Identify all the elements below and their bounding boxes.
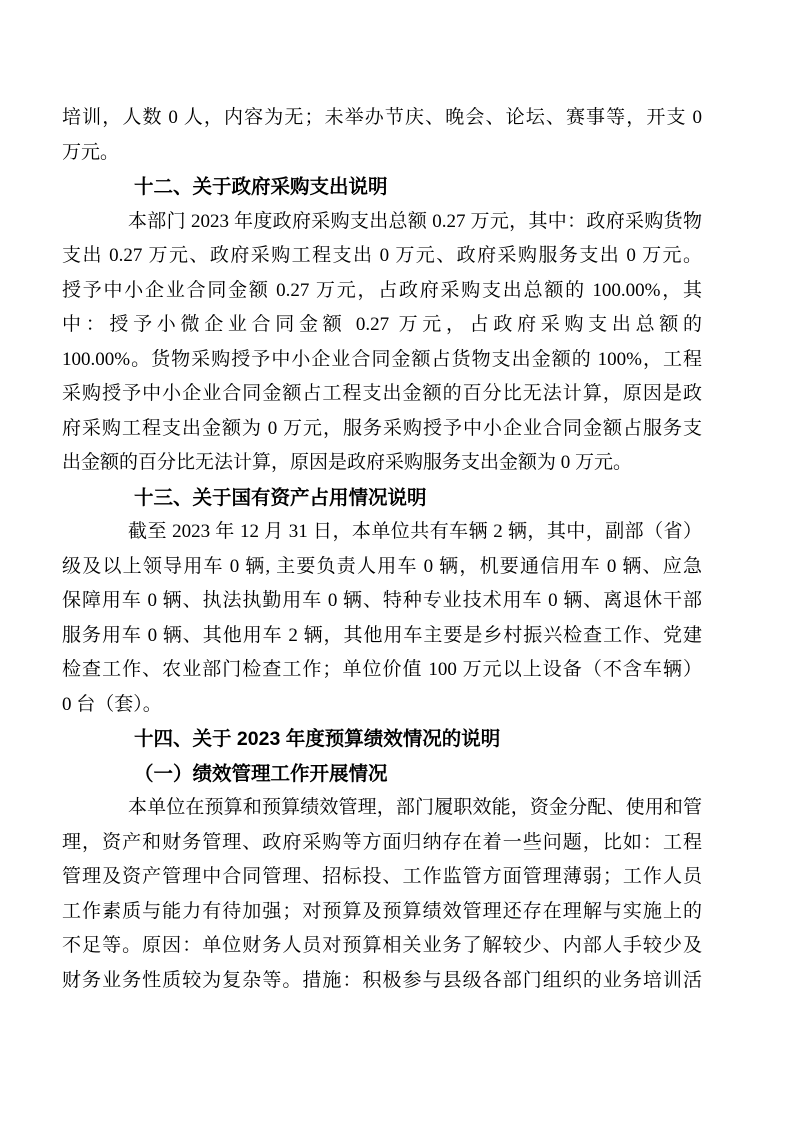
para-state-assets-line: 0 台（套）。 <box>62 688 702 723</box>
para-performance-management-line: 本单位在预算和预算绩效管理，部门履职效能，资金分配、使用和管 <box>62 791 702 826</box>
para-procurement-line: 出金额的百分比无法计算，原因是政府采购服务支出金额为 0 万元。 <box>62 446 702 481</box>
para-state-assets-line: 截至 2023 年 12 月 31 日，本单位共有车辆 2 辆，其中，副部（省） <box>62 515 702 550</box>
para-procurement-line: 本部门 2023 年度政府采购支出总额 0.27 万元，其中：政府采购货物 <box>62 205 702 240</box>
para-performance-management-line: 财务业务性质较为复杂等。措施：积极参与县级各部门组织的业务培训活 <box>62 964 702 999</box>
para-performance-management-line: 管理及资产管理中合同管理、招标投、工作监管方面管理薄弱；工作人员 <box>62 860 702 895</box>
para-state-assets-line: 服务用车 0 辆、其他用车 2 辆，其他用车主要是乡村振兴检查工作、党建 <box>62 619 702 654</box>
heading-section-12: 十二、关于政府采购支出说明 <box>62 170 702 205</box>
para-state-assets-line: 保障用车 0 辆、执法执勤用车 0 辆、特种专业技术用车 0 辆、离退休干部 <box>62 584 702 619</box>
para-state-assets-line: 级及以上领导用车 0 辆, 主要负责人用车 0 辆，机要通信用车 0 辆、应急 <box>62 550 702 585</box>
heading-section-14: 十四、关于 2023 年度预算绩效情况的说明 <box>62 722 702 757</box>
para-procurement-line: 采购授予中小企业合同金额占工程支出金额的百分比无法计算，原因是政 <box>62 377 702 412</box>
para-state-assets-line: 检查工作、农业部门检查工作；单位价值 100 万元以上设备（不含车辆） <box>62 653 702 688</box>
para-training-continued-line: 万元。 <box>62 136 702 171</box>
document-page: 培训，人数 0 人，内容为无；未举办节庆、晚会、论坛、赛事等，开支 0万元。十二… <box>0 0 793 1122</box>
para-performance-management-line: 不足等。原因：单位财务人员对预算相关业务了解较少、内部人手较少及 <box>62 929 702 964</box>
para-procurement-line: 100.00%。货物采购授予中小企业合同金额占货物支出金额的 100%，工程 <box>62 343 702 378</box>
para-performance-management-line: 理，资产和财务管理、政府采购等方面归纳存在着一些问题，比如：工程 <box>62 826 702 861</box>
para-procurement-line: 授予中小企业合同金额 0.27 万元，占政府采购支出总额的 100.00%，其 <box>62 274 702 309</box>
para-training-continued-line: 培训，人数 0 人，内容为无；未举办节庆、晚会、论坛、赛事等，开支 0 <box>62 101 702 136</box>
para-performance-management-line: 工作素质与能力有待加强；对预算及预算绩效管理还存在理解与实施上的 <box>62 895 702 930</box>
heading-section-14-1: （一）绩效管理工作开展情况 <box>62 757 702 792</box>
para-procurement-line: 中：授予小微企业合同金额 0.27 万元，占政府采购支出总额的 <box>62 308 702 343</box>
para-procurement-line: 支出 0.27 万元、政府采购工程支出 0 万元、政府采购服务支出 0 万元。 <box>62 239 702 274</box>
para-procurement-line: 府采购工程支出金额为 0 万元，服务采购授予中小企业合同金额占服务支 <box>62 412 702 447</box>
heading-section-13: 十三、关于国有资产占用情况说明 <box>62 481 702 516</box>
page-text-block: 培训，人数 0 人，内容为无；未举办节庆、晚会、论坛、赛事等，开支 0万元。十二… <box>62 101 702 998</box>
